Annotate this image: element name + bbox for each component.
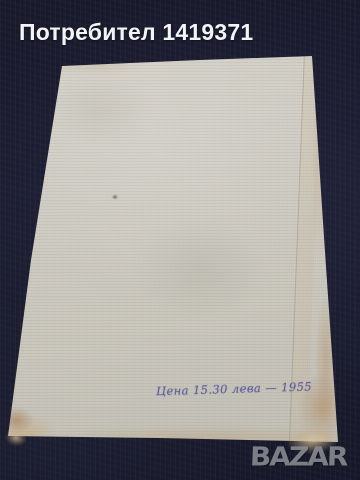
bazar-watermark: BAZAR [249, 441, 347, 472]
listing-photo-view: Цена 15.30 лева — 1955 Потребител 141937… [0, 0, 360, 480]
seller-username-label[interactable]: Потребител 1419371 [19, 19, 253, 46]
price-stamp: Цена 15.30 лева — 1955 [156, 380, 300, 399]
